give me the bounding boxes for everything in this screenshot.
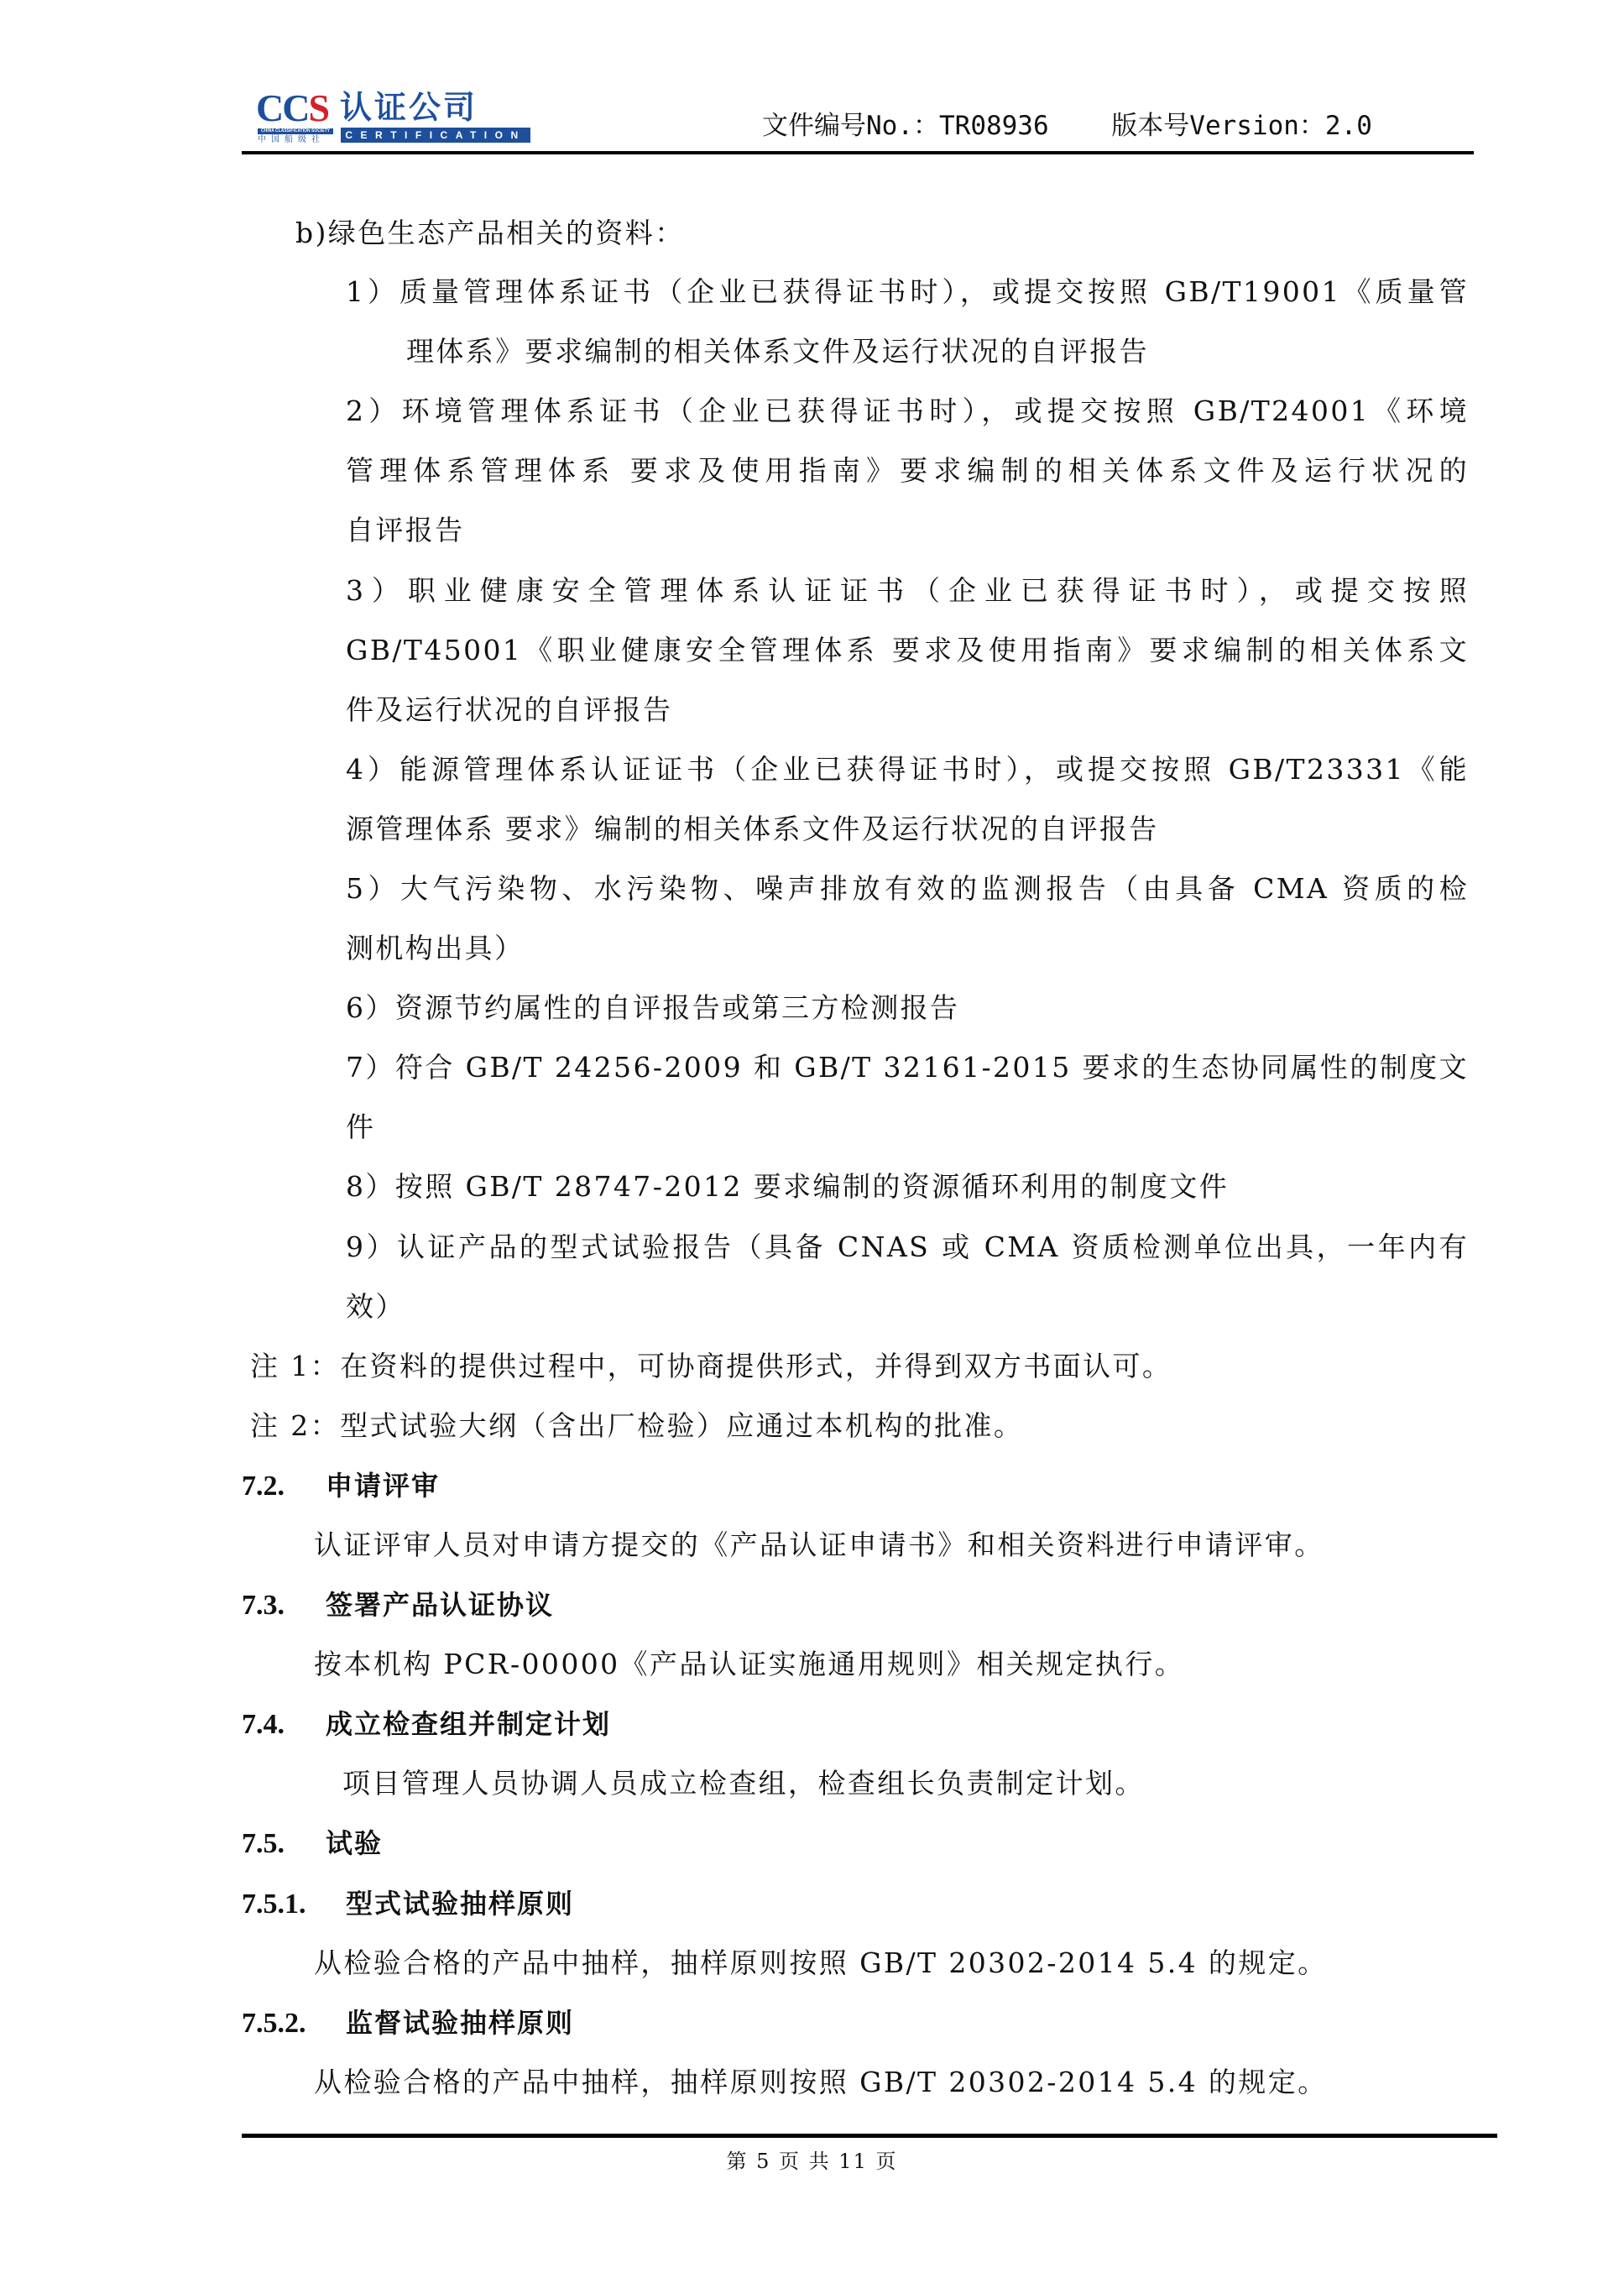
note-1: 注 1：在资料的提供过程中，可协商提供形式，并得到双方书面认可。: [250, 1350, 1172, 1383]
logo-society-cn: 中国船级社: [258, 135, 325, 144]
header-divider: [242, 151, 1474, 154]
list-item-7-line-1: 7）符合 GB/T 24256-2009 和 GB/T 32161-2015 要…: [346, 1051, 1469, 1084]
section-7-5-2-body: 从检验合格的产品中抽样，抽样原则按照 GB/T 20302-2014 5.4 的…: [314, 2066, 1328, 2099]
logo-ccs-mark: CCS: [256, 89, 328, 128]
company-logo: CCS CHINA CLASSIFICATION SOCIETY 中国船级社 认…: [256, 89, 558, 144]
section-b-title: b)绿色生态产品相关的资料：: [295, 217, 685, 250]
list-item-2-line-3: 自评报告: [346, 514, 465, 547]
list-item-1-line-1: 1）质量管理体系证书（企业已获得证书时），或提交按照 GB/T19001《质量管: [346, 275, 1469, 309]
list-item-1-line-2: 理体系》要求编制的相关体系文件及运行状况的自评报告: [406, 335, 1149, 368]
list-item-9-line-1: 9）认证产品的型式试验报告（具备 CNAS 或 CMA 资质检测单位出具，一年内…: [346, 1230, 1469, 1264]
list-item-6-line-1: 6）资源节约属性的自评报告或第三方检测报告: [346, 991, 959, 1025]
list-item-4-line-1: 4）能源管理体系认证证书（企业已获得证书时），或提交按照 GB/T23331《能: [346, 753, 1469, 786]
section-7-5-2-heading: 7.5.2.监督试验抽样原则: [242, 2006, 574, 2040]
document-meta: 文件编号No.：TR08936 版本号Version：2.0: [762, 109, 1372, 143]
section-7-3-body: 按本机构 PCR-00000《产品认证实施通用规则》相关规定执行。: [314, 1648, 1184, 1681]
section-7-2-body: 认证评审人员对申请方提交的《产品认证申请书》和相关资料进行申请评审。: [314, 1528, 1324, 1562]
section-7-4-body: 项目管理人员协调人员成立检查组，检查组长负责制定计划。: [342, 1767, 1145, 1800]
list-item-5-line-2: 测机构出具）: [346, 932, 524, 965]
note-2: 注 2：型式试验大纲（含出厂检验）应通过本机构的批准。: [250, 1409, 1023, 1443]
list-item-9-line-2: 效）: [346, 1290, 405, 1324]
list-item-3-line-3: 件及运行状况的自评报告: [346, 693, 672, 727]
page-number: 第 5 页 共 11 页: [0, 2149, 1624, 2174]
list-item-5-line-1: 5）大气污染物、水污染物、噪声排放有效的监测报告（由具备 CMA 资质的检: [346, 872, 1469, 906]
section-7-4-heading: 7.4.成立检查组并制定计划: [242, 1707, 611, 1742]
list-item-7-line-2: 件: [346, 1110, 375, 1144]
logo-company-en: CERTIFICATION: [341, 128, 530, 143]
section-7-3-heading: 7.3.签署产品认证协议: [242, 1588, 554, 1622]
list-item-4-line-2: 源管理体系 要求》编制的相关体系文件及运行状况的自评报告: [346, 812, 1159, 846]
logo-company-cn: 认证公司: [340, 91, 478, 124]
list-item-2-line-1: 2）环境管理体系证书（企业已获得证书时），或提交按照 GB/T24001《环境: [346, 394, 1469, 428]
section-7-2-heading: 7.2.申请评审: [242, 1469, 440, 1503]
section-7-5-1-body: 从检验合格的产品中抽样，抽样原则按照 GB/T 20302-2014 5.4 的…: [314, 1946, 1328, 1980]
list-item-2-line-2: 管理体系管理体系 要求及使用指南》要求编制的相关体系文件及运行状况的: [346, 454, 1469, 488]
logo-society-en: CHINA CLASSIFICATION SOCIETY: [258, 128, 333, 134]
list-item-3-line-1: 3）职业健康安全管理体系认证证书（企业已获得证书时），或提交按照: [346, 574, 1469, 608]
section-7-5-heading: 7.5.试验: [242, 1826, 383, 1861]
footer-divider: [242, 2134, 1497, 2138]
section-7-5-1-heading: 7.5.1.型式试验抽样原则: [242, 1887, 574, 1921]
list-item-3-line-2: GB/T45001《职业健康安全管理体系 要求及使用指南》要求编制的相关体系文: [346, 634, 1469, 667]
list-item-8-line-1: 8）按照 GB/T 28747-2012 要求编制的资源循环利用的制度文件: [346, 1170, 1229, 1204]
